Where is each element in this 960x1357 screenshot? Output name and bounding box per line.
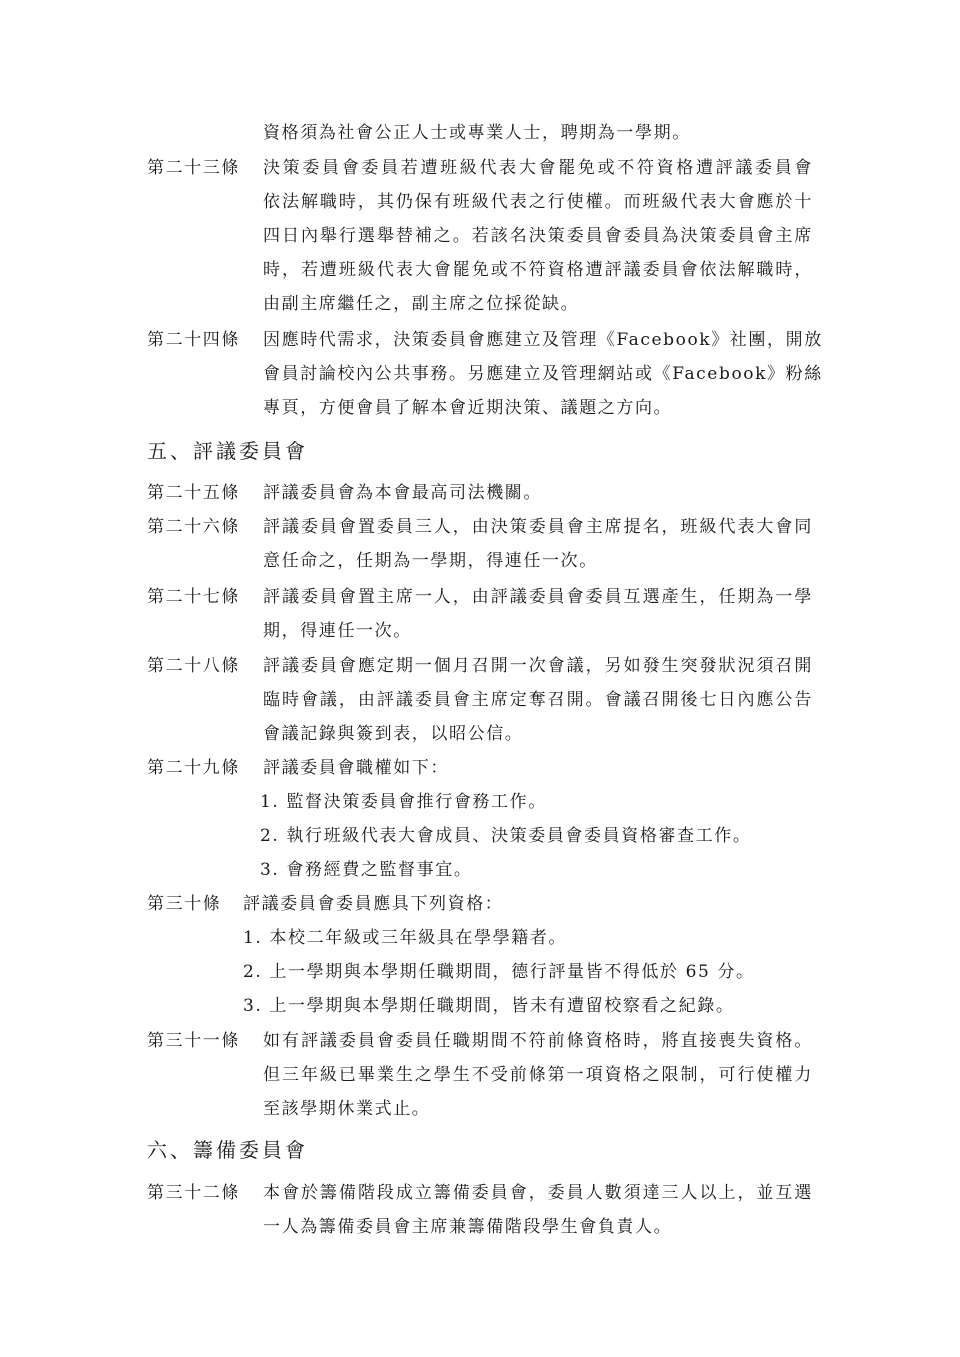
article-24-label: 第二十四條 <box>147 328 240 352</box>
article-29-line-1: 評議委員會職權如下： <box>263 756 449 780</box>
article-28-line-1: 評議委員會應定期一個月召開一次會議，另如發生突發狀況須召開 <box>263 654 813 678</box>
article-27-line-1: 評議委員會置主席一人，由評議委員會委員互選產生，任期為一學 <box>263 585 813 609</box>
article-30-item-1: 1. 本校二年級或三年級具在學學籍者。 <box>243 926 567 950</box>
article-30-label: 第三十條 <box>147 892 221 916</box>
article-27-label: 第二十七條 <box>147 585 240 609</box>
article-28-label: 第二十八條 <box>147 654 240 678</box>
article-31-line-3: 至該學期休業式止。 <box>263 1097 430 1121</box>
article-23-line-1: 決策委員會委員若遭班級代表大會罷免或不符資格遭評議委員會 <box>263 156 813 180</box>
article-26-line-1: 評議委員會置委員三人，由決策委員會主席提名，班級代表大會同 <box>263 515 813 539</box>
article-31-label: 第三十一條 <box>147 1029 240 1053</box>
article-26-label: 第二十六條 <box>147 515 240 539</box>
article-26-line-2: 意任命之，任期為一學期，得連任一次。 <box>263 549 598 573</box>
article-23-line-3: 四日內舉行選舉替補之。若該名決策委員會委員為決策委員會主席 <box>263 224 813 248</box>
article-29-label: 第二十九條 <box>147 756 240 780</box>
article-23-line-2: 依法解職時，其仍保有班級代表之行使權。而班級代表大會應於十 <box>263 190 813 214</box>
article-32-line-2: 一人為籌備委員會主席兼籌備階段學生會負責人。 <box>263 1215 672 1239</box>
section-5-heading: 五、評議委員會 <box>147 437 308 465</box>
article-31-line-1: 如有評議委員會委員任職期間不符前條資格時，將直接喪失資格。 <box>263 1029 813 1053</box>
article-30-item-2: 2. 上一學期與本學期任職期間，德行評量皆不得低於 65 分。 <box>243 960 755 984</box>
article-32-label: 第三十二條 <box>147 1181 240 1205</box>
article-25-line-1: 評議委員會為本會最高司法機關。 <box>263 481 542 505</box>
section-6-heading: 六、籌備委員會 <box>147 1136 308 1164</box>
document-page: 資格須為社會公正人士或專業人士，聘期為一學期。 第二十三條 決策委員會委員若遭班… <box>0 0 960 1357</box>
article-23-label: 第二十三條 <box>147 156 240 180</box>
continuation-line: 資格須為社會公正人士或專業人士，聘期為一學期。 <box>263 121 691 145</box>
article-31-line-2: 但三年級已畢業生之學生不受前條第一項資格之限制，可行使權力 <box>263 1063 813 1087</box>
article-23-line-5: 由副主席繼任之，副主席之位採從缺。 <box>263 292 579 316</box>
article-28-line-3: 會議記錄與簽到表，以昭公信。 <box>263 722 523 746</box>
article-24-line-2: 會員討論校內公共事務。另應建立及管理網站或《Facebook》粉絲 <box>263 362 813 386</box>
article-30-item-3: 3. 上一學期與本學期任職期間，皆未有遭留校察看之紀錄。 <box>243 994 734 1018</box>
article-29-item-3: 3. 會務經費之監督事宜。 <box>260 858 472 882</box>
article-24-line-1: 因應時代需求，決策委員會應建立及管理《Facebook》社團，開放 <box>263 328 813 352</box>
article-29-item-2: 2. 執行班級代表大會成員、決策委員會委員資格審查工作。 <box>260 824 751 848</box>
article-30-line-1: 評議委員會委員應具下列資格： <box>243 892 503 916</box>
article-32-line-1: 本會於籌備階段成立籌備委員會，委員人數須達三人以上，並互選 <box>263 1181 813 1205</box>
article-28-line-2: 臨時會議，由評議委員會主席定奪召開。會議召開後七日內應公告 <box>263 688 813 712</box>
article-23-line-4: 時，若遭班級代表大會罷免或不符資格遭評議委員會依法解職時， <box>263 258 813 282</box>
article-25-label: 第二十五條 <box>147 481 240 505</box>
article-24-line-3: 專頁，方便會員了解本會近期決策、議題之方向。 <box>263 396 672 420</box>
article-27-line-2: 期，得連任一次。 <box>263 619 412 643</box>
article-29-item-1: 1. 監督決策委員會推行會務工作。 <box>260 790 547 814</box>
